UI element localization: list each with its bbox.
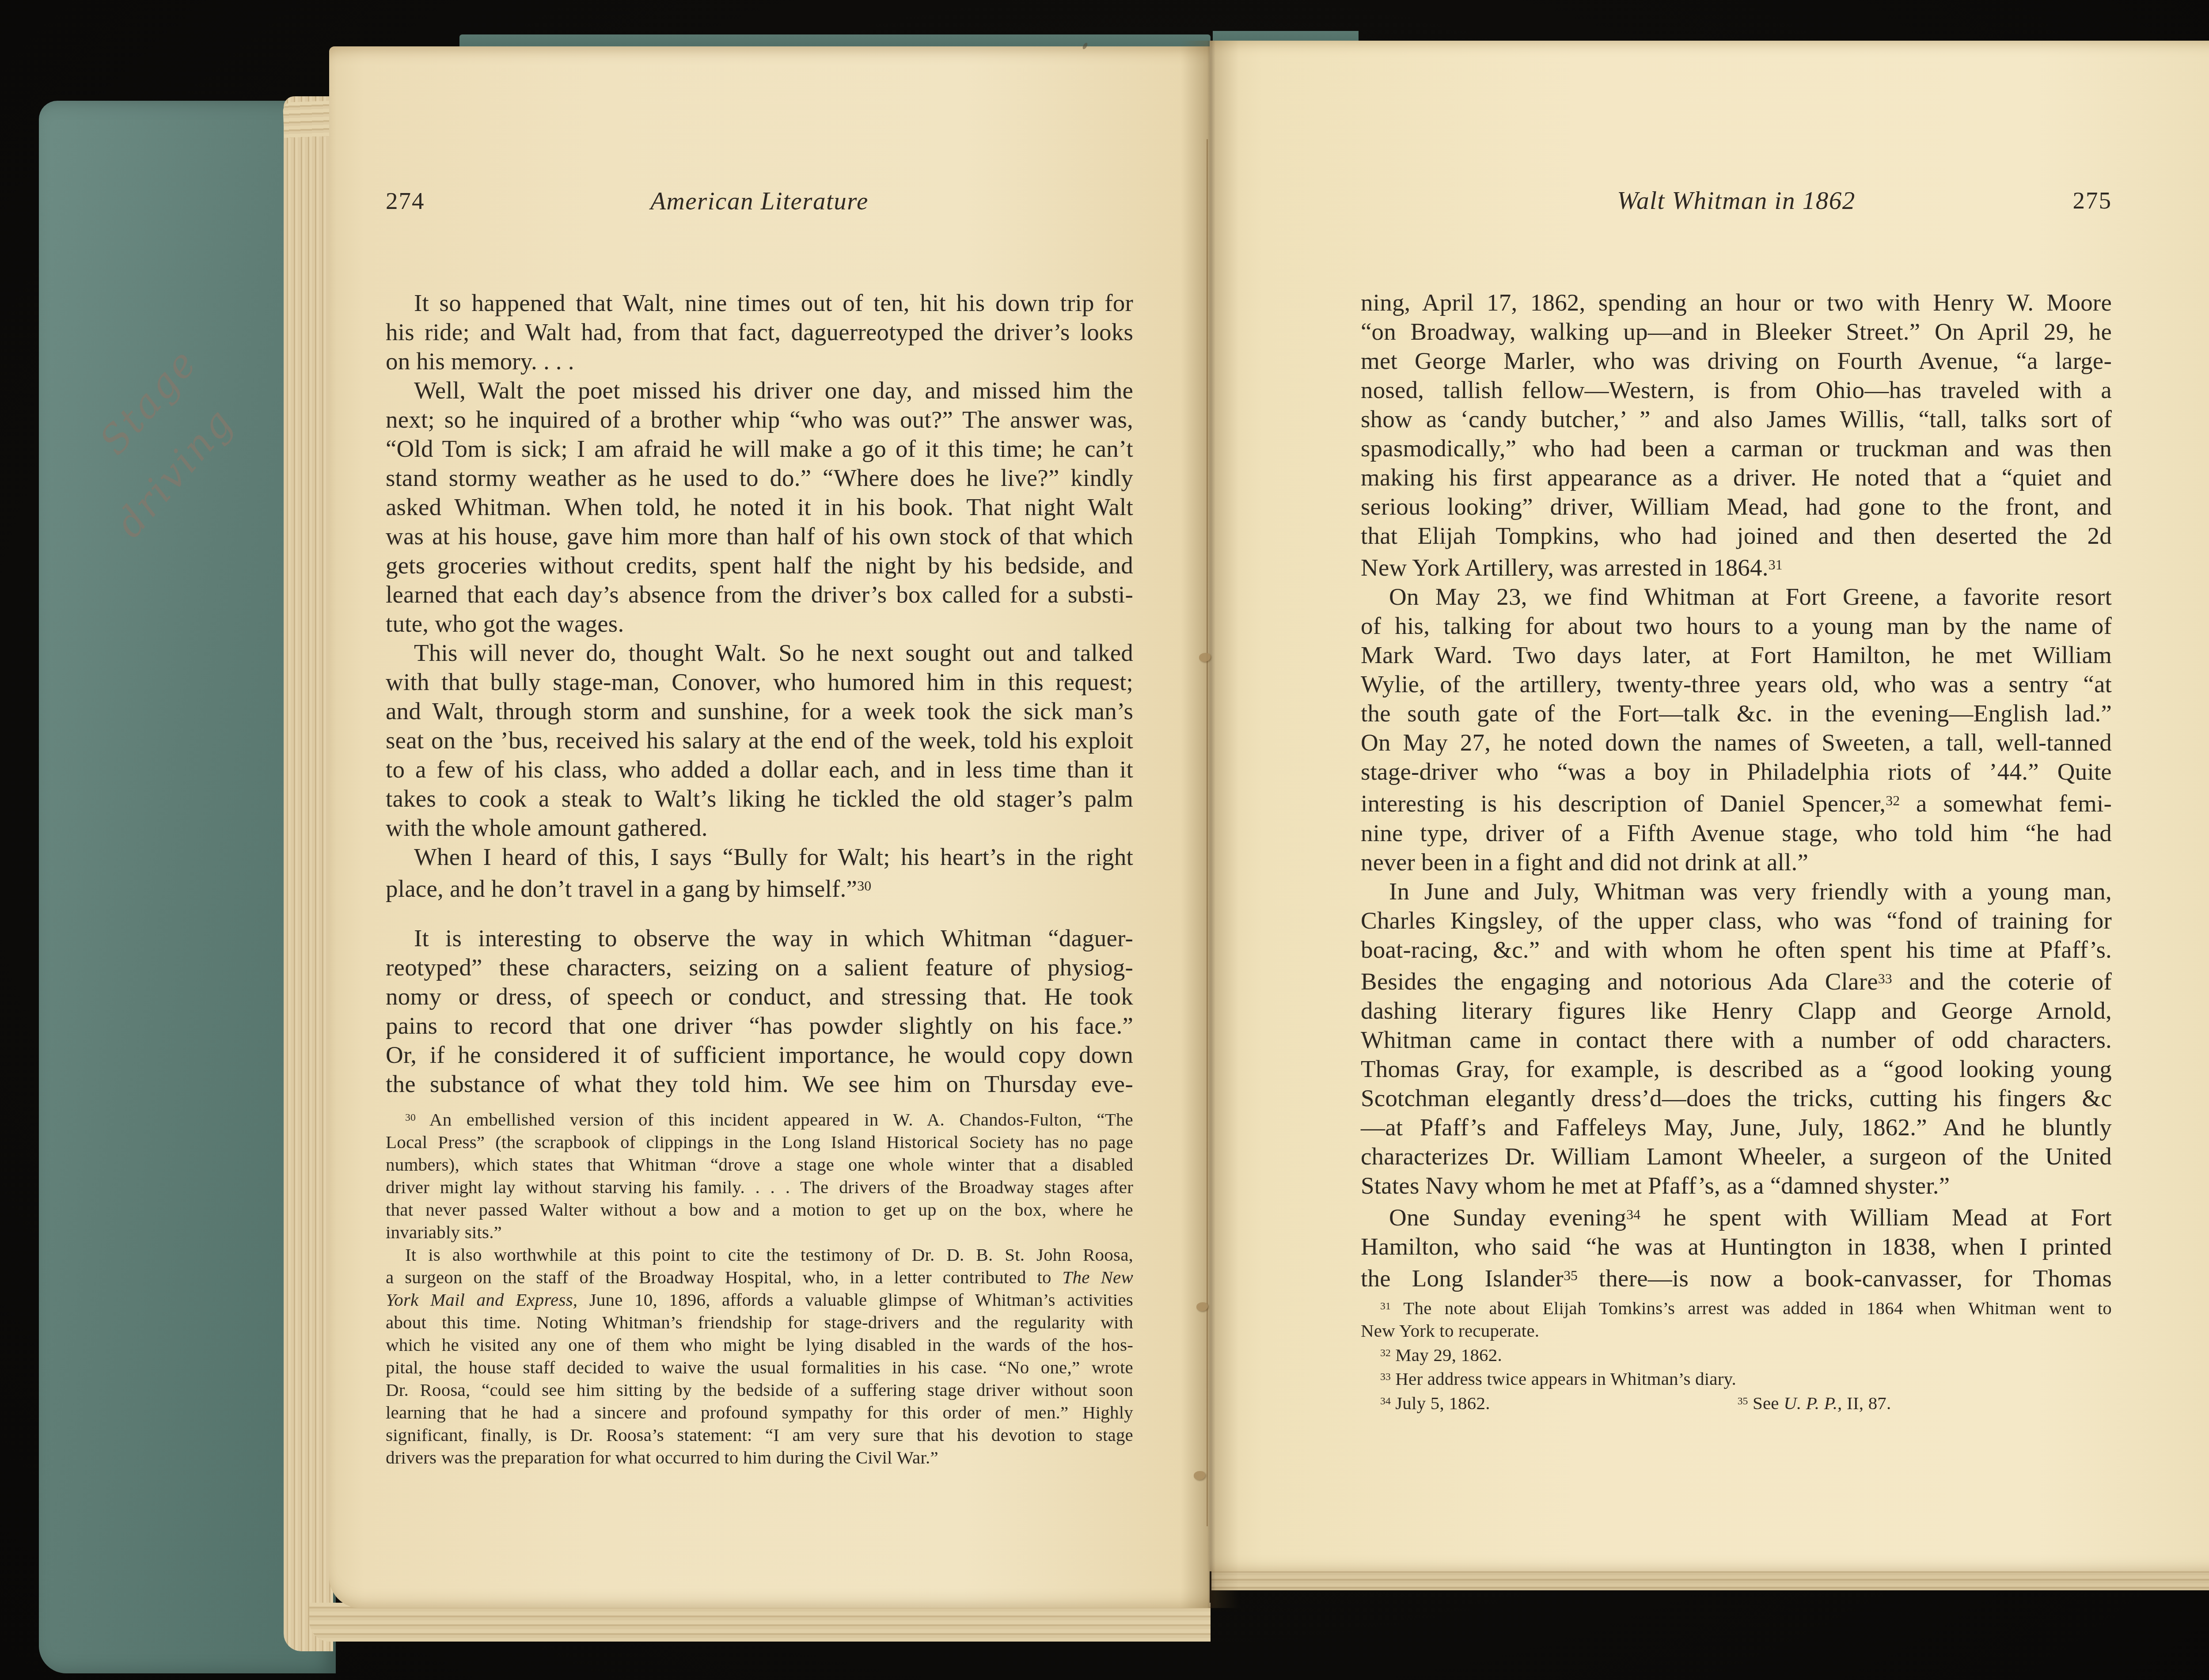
running-head: Walt Whitman in 1862 [1361, 186, 2112, 215]
right-page-footnotes: 31 The note about Elijah Tomkins’s arres… [1361, 1295, 2112, 1415]
text-line: dashing literary figures like Henry Clap… [1361, 996, 2112, 1025]
footnote-reference: 33 [1878, 971, 1892, 986]
paragraph: It is also worthwhile at this point to c… [386, 1244, 1133, 1469]
text-line: pains to record that one driver “has pow… [386, 1011, 1133, 1040]
text-line: to a few of his class, who added a dolla… [386, 755, 1133, 784]
book-photograph: 274 American Literature It so happened t… [0, 0, 2209, 1680]
text-line: This will never do, thought Walt. So he … [386, 638, 1133, 667]
text-segment: The New [1063, 1267, 1133, 1287]
paragraph: In June and July, Whitman was very frien… [1361, 877, 2112, 1200]
text-line: In June and July, Whitman was very frien… [1361, 877, 2112, 906]
text-line: 33 Her address twice appears in Whitman’… [1361, 1366, 2112, 1390]
footnote-reference: 35 [1738, 1396, 1748, 1407]
text-line: which he visited any one of them who mig… [386, 1334, 1133, 1356]
text-line: reotyped” these characters, seizing on a… [386, 953, 1133, 982]
paragraph: Well, Walt the poet missed his driver on… [386, 376, 1133, 638]
text-line: show as ‘candy butcher,’ ” and also Jame… [1361, 405, 2112, 434]
page-edge-stack [309, 1603, 1211, 1642]
text-line: Wylie, of the artillery, twenty-three ye… [1361, 670, 2112, 699]
paragraph: 31 The note about Elijah Tomkins’s arres… [1361, 1295, 2112, 1342]
text-line: place, and he don’t travel in a gang by … [386, 872, 1133, 903]
text-line: Dr. Roosa, “could see him sitting by the… [386, 1379, 1133, 1401]
text-line: on his memory. . . . [386, 347, 1133, 376]
paragraph: It is interesting to observe the way in … [386, 924, 1133, 1099]
text-line: stage-driver who “was a boy in Philadelp… [1361, 757, 2112, 786]
footnote-reference: 30 [405, 1112, 416, 1123]
text-line: 30 An embellished version of this incide… [386, 1107, 1133, 1131]
text-line: numbers), which states that Whitman “dro… [386, 1153, 1133, 1176]
text-line: Scotchman elegantly dress’d—does the tri… [1361, 1084, 2112, 1113]
text-line: ning, April 17, 1862, spending an hour o… [1361, 288, 2112, 317]
text-line: pital, the house staff decided to waive … [386, 1356, 1133, 1379]
text-line: the Long Islander35 there—is now a book-… [1361, 1261, 2112, 1293]
text-line: It so happened that Walt, nine times out… [386, 288, 1133, 318]
text-line: that never passed Walter without a bow a… [386, 1198, 1133, 1221]
left-page-footnotes: 30 An embellished version of this incide… [386, 1107, 1133, 1469]
text-line: interesting is his description of Daniel… [1361, 786, 2112, 818]
text-line: a surgeon on the staff of the Broadway H… [386, 1266, 1133, 1289]
text-line: nomy or dress, of speech or conduct, and… [386, 982, 1133, 1011]
paragraph: When I heard of this, I says “Bully for … [386, 842, 1133, 903]
page-edge-stack [284, 96, 333, 1651]
right-page: Walt Whitman in 1862 275 ning, April 17,… [1210, 41, 2209, 1571]
footnote-reference: 31 [1380, 1301, 1391, 1312]
text-line: asked Whitman. When told, he noted it in… [386, 493, 1133, 522]
text-line: seat on the ’bus, received his salary at… [386, 726, 1133, 755]
right-page-header: Walt Whitman in 1862 275 [1361, 186, 2112, 215]
text-line: Or, if he considered it of sufficient im… [386, 1040, 1133, 1069]
left-page-header: 274 American Literature [386, 187, 1133, 216]
text-line: One Sunday evening34 he spent with Willi… [1361, 1200, 2112, 1232]
paragraph: 33 Her address twice appears in Whitman’… [1361, 1366, 2112, 1390]
text-line: It is also worthwhile at this point to c… [386, 1244, 1133, 1266]
text-line: met George Marler, who was driving on Fo… [1361, 346, 2112, 375]
paragraph: One Sunday evening34 he spent with Willi… [1361, 1200, 2112, 1293]
footnote-reference: 30 [857, 878, 871, 894]
text-line: When I heard of this, I says “Bully for … [386, 842, 1133, 872]
text-line: about this time. Noting Whitman’s friend… [386, 1311, 1133, 1334]
text-line: Mark Ward. Two days later, at Fort Hamil… [1361, 641, 2112, 670]
text-line: 34 July 5, 1862.35 See U. P. P., II, 87. [1361, 1390, 2112, 1415]
paragraph: 34 July 5, 1862.35 See U. P. P., II, 87. [1361, 1390, 2112, 1415]
running-head: American Literature [386, 187, 1133, 216]
binding-thread [1207, 139, 1208, 1526]
text-line: characterizes Dr. William Lamont Wheeler… [1361, 1142, 2112, 1171]
text-line: takes to cook a steak to Walt’s liking h… [386, 784, 1133, 813]
text-line: invariably sits.” [386, 1221, 1133, 1244]
text-line: gets groceries without credits, spent ha… [386, 551, 1133, 580]
paragraph: On May 23, we find Whitman at Fort Green… [1361, 582, 2112, 876]
text-line: Hamilton, who said “he was at Huntington… [1361, 1232, 2112, 1261]
text-line: New York to recuperate. [1361, 1320, 2112, 1342]
text-line: Charles Kingsley, of the upper class, wh… [1361, 906, 2112, 935]
text-line: nosed, tallish fellow—Western, is from O… [1361, 375, 2112, 405]
paragraph: ning, April 17, 1862, spending an hour o… [1361, 288, 2112, 582]
text-line: 32 May 29, 1862. [1361, 1342, 2112, 1366]
page-number: 274 [386, 187, 425, 215]
text-line: that Elijah Tompkins, who had joined and… [1361, 521, 2112, 550]
text-line: tute, who got the wages. [386, 609, 1133, 638]
gutter-shadow [1180, 41, 1239, 1608]
text-line: with the whole amount gathered. [386, 813, 1133, 842]
left-page: 274 American Literature It so happened t… [329, 46, 1210, 1608]
text-line: Local Press” (the scrapbook of clippings… [386, 1131, 1133, 1153]
text-line: Whitman came in contact there with a num… [1361, 1025, 2112, 1054]
paragraph: This will never do, thought Walt. So he … [386, 638, 1133, 842]
footnote-reference: 34 [1626, 1207, 1640, 1222]
footnote-reference: 33 [1380, 1371, 1391, 1383]
page-number: 275 [2073, 186, 2112, 214]
text-line: On May 23, we find Whitman at Fort Green… [1361, 582, 2112, 611]
paragraph: 30 An embellished version of this incide… [386, 1107, 1133, 1244]
text-line: spasmodically,” who had been a carman or… [1361, 434, 2112, 463]
right-page-body-text: ning, April 17, 1862, spending an hour o… [1361, 288, 2112, 1293]
text-line: boat-racing, &c.” and with whom he often… [1361, 935, 2112, 964]
text-line: —at Pfaff’s and Faffeleys May, June, Jul… [1361, 1113, 2112, 1142]
text-line: Thomas Gray, for example, is described a… [1361, 1054, 2112, 1084]
footnote-reference: 32 [1380, 1347, 1391, 1359]
text-line: serious looking” driver, William Mead, h… [1361, 492, 2112, 521]
text-line: 31 The note about Elijah Tomkins’s arres… [1361, 1295, 2112, 1320]
text-line: York Mail and Express, June 10, 1896, af… [386, 1289, 1133, 1311]
paragraph: It so happened that Walt, nine times out… [386, 288, 1133, 376]
text-line: It is interesting to observe the way in … [386, 924, 1133, 953]
footnote-reference: 34 [1380, 1396, 1391, 1407]
left-page-body-text: It so happened that Walt, nine times out… [386, 288, 1133, 1099]
footnote-reference: 35 [1564, 1268, 1578, 1283]
footnote-reference: 32 [1886, 793, 1900, 808]
text-line: and Walt, through storm and sunshine, fo… [386, 697, 1133, 726]
text-line: driver might lay without starving his fa… [386, 1176, 1133, 1198]
text-line: the south gate of the Fort—talk &c. in t… [1361, 699, 2112, 728]
text-line: drivers was the preparation for what occ… [386, 1446, 1133, 1469]
text-line: stand stormy weather as he used to do.” … [386, 463, 1133, 493]
text-line: the substance of what they told him. We … [386, 1069, 1133, 1099]
text-line: learned that each day’s absence from the… [386, 580, 1133, 609]
text-line: never been in a fight and did not drink … [1361, 848, 2112, 877]
text-line: Besides the engaging and notorious Ada C… [1361, 964, 2112, 996]
text-line: significant, finally, is Dr. Roosa’s sta… [386, 1424, 1133, 1446]
footnote-reference: 31 [1769, 557, 1783, 573]
text-line: his ride; and Walt had, from that fact, … [386, 318, 1133, 347]
text-line: of his, talking for about two hours to a… [1361, 611, 2112, 641]
text-segment: York Mail and Express, [386, 1289, 577, 1310]
text-line: learning that he had a sincere and profo… [386, 1401, 1133, 1424]
paragraph: 32 May 29, 1862. [1361, 1342, 2112, 1366]
text-line: with that bully stage-man, Conover, who … [386, 667, 1133, 697]
text-line: New York Artillery, was arrested in 1864… [1361, 550, 2112, 582]
text-line: nine type, driver of a Fifth Avenue stag… [1361, 819, 2112, 848]
text-line: States Navy whom he met at Pfaff’s, as a… [1361, 1171, 2112, 1200]
text-line: “Old Tom is sick; I am afraid he will ma… [386, 434, 1133, 463]
text-line: next; so he inquired of a brother whip “… [386, 405, 1133, 434]
text-line: was at his house, gave him more than hal… [386, 522, 1133, 551]
text-line: On May 27, he noted down the names of Sw… [1361, 728, 2112, 757]
text-line: “on Broadway, walking up—and in Bleeker … [1361, 317, 2112, 346]
text-segment: U. P. P., [1784, 1393, 1842, 1413]
text-line: Well, Walt the poet missed his driver on… [386, 376, 1133, 405]
text-line: making his first appearance as a driver.… [1361, 463, 2112, 492]
